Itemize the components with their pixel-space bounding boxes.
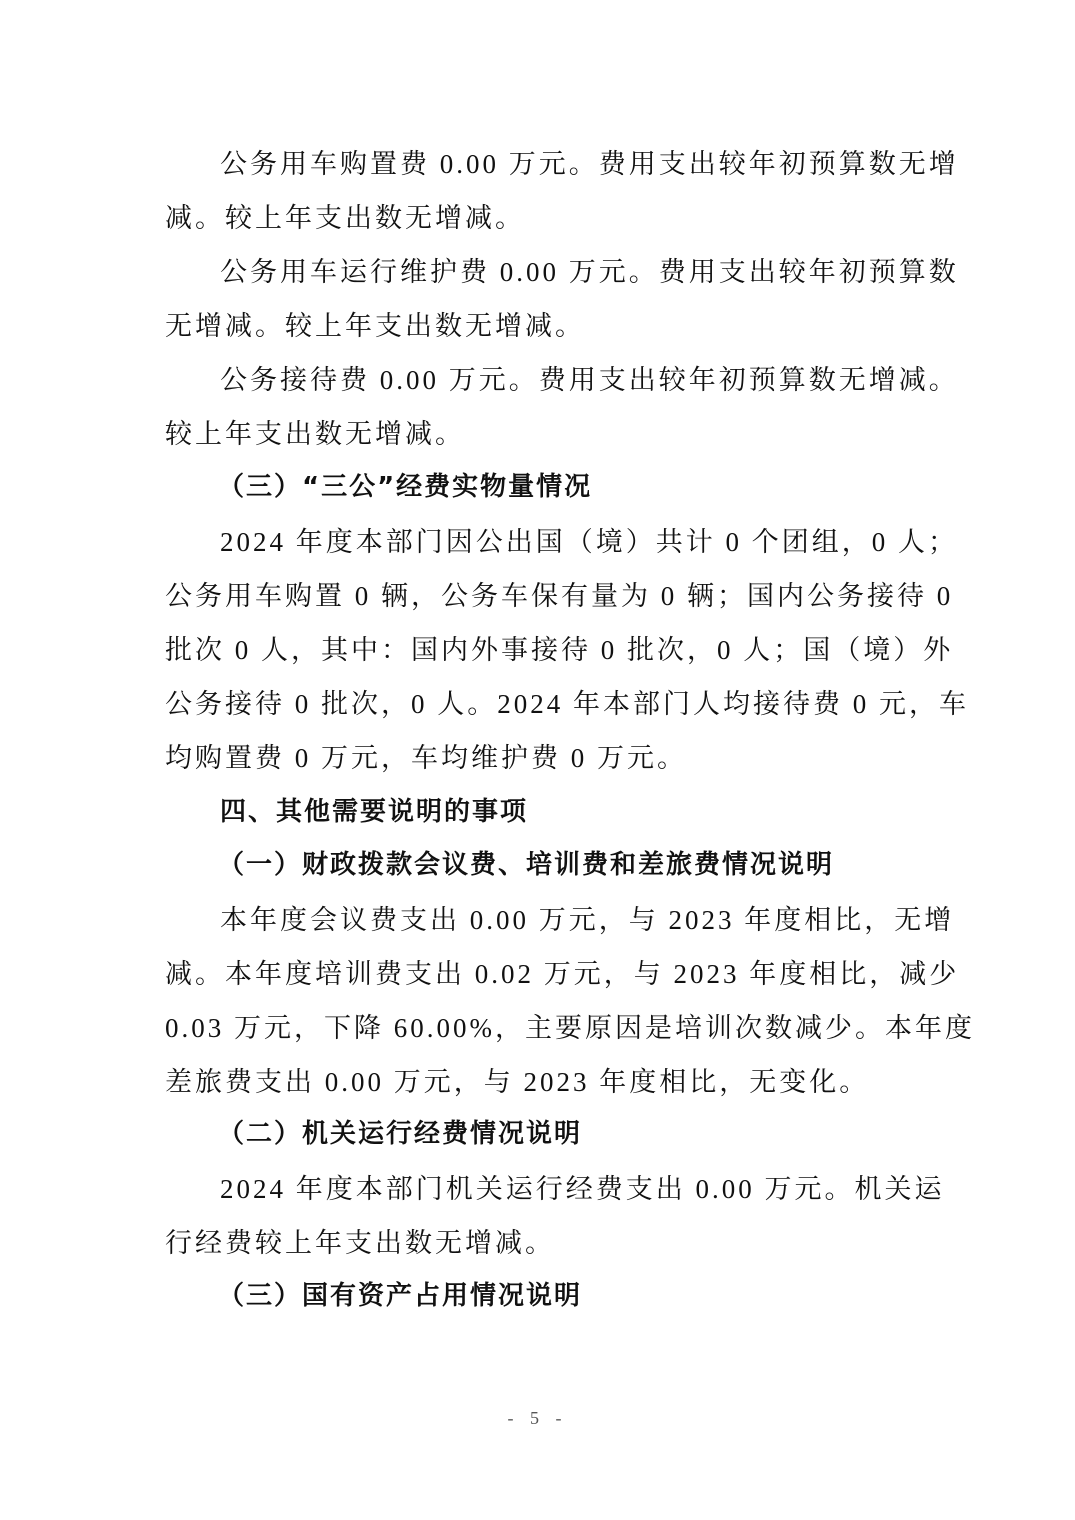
paragraph-meeting-line-2: 减。本年度培训费支出 0.02 万元，与 2023 年度相比，减少	[165, 954, 915, 994]
paragraph-meeting-line-4: 差旅费支出 0.00 万元，与 2023 年度相比，无变化。	[165, 1062, 915, 1102]
paragraph-quantity-line-2: 公务用车购置 0 辆，公务车保有量为 0 辆；国内公务接待 0	[165, 576, 915, 616]
paragraph-vehicle-purchase-line-1: 公务用车购置费 0.00 万元。费用支出较年初预算数无增	[220, 144, 970, 184]
subheading-state-assets: （三）国有资产占用情况说明	[218, 1276, 968, 1316]
document-page: 公务用车购置费 0.00 万元。费用支出较年初预算数无增 减。较上年支出数无增减…	[0, 0, 1075, 1520]
paragraph-quantity-line-1: 2024 年度本部门因公出国（境）共计 0 个团组，0 人；	[220, 522, 970, 562]
paragraph-meeting-line-1: 本年度会议费支出 0.00 万元，与 2023 年度相比，无增	[220, 900, 970, 940]
paragraph-quantity-line-3: 批次 0 人，其中：国内外事接待 0 批次，0 人；国（境）外	[165, 630, 915, 670]
subheading-three-public-quantity: （三）“三公”经费实物量情况	[218, 467, 968, 507]
paragraph-quantity-line-5: 均购置费 0 万元，车均维护费 0 万元。	[165, 738, 915, 778]
paragraph-vehicle-maintenance-line-1: 公务用车运行维护费 0.00 万元。费用支出较年初预算数	[220, 252, 970, 292]
subheading-agency-operating-costs: （二）机关运行经费情况说明	[218, 1114, 968, 1154]
paragraph-operating-line-2: 行经费较上年支出数无增减。	[165, 1223, 915, 1263]
subheading-meeting-training-travel: （一）财政拨款会议费、培训费和差旅费情况说明	[218, 845, 968, 885]
paragraph-vehicle-maintenance-line-2: 无增减。较上年支出数无增减。	[165, 306, 915, 346]
paragraph-meeting-line-3: 0.03 万元，下降 60.00%，主要原因是培训次数减少。本年度	[165, 1008, 915, 1048]
paragraph-reception-line-1: 公务接待费 0.00 万元。费用支出较年初预算数无增减。	[220, 360, 970, 400]
paragraph-vehicle-purchase-line-2: 减。较上年支出数无增减。	[165, 198, 915, 238]
paragraph-quantity-line-4: 公务接待 0 批次，0 人。2024 年本部门人均接待费 0 元，车	[165, 684, 915, 724]
page-number: - 5 -	[0, 1408, 1075, 1429]
paragraph-operating-line-1: 2024 年度本部门机关运行经费支出 0.00 万元。机关运	[220, 1169, 970, 1209]
paragraph-reception-line-2: 较上年支出数无增减。	[165, 414, 915, 454]
section-heading-other-matters: 四、其他需要说明的事项	[220, 792, 970, 832]
